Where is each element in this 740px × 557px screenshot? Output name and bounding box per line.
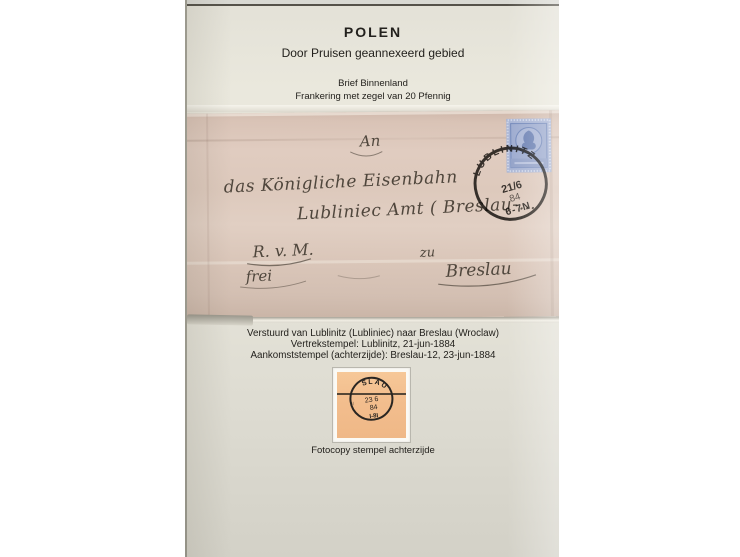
photocopy-caption: Fotocopy stempel achterzijde xyxy=(187,445,559,456)
photocopy-paper: SLAU III 23 6 84 I-8I xyxy=(337,372,406,438)
item-type-line: Brief Binnenland xyxy=(187,78,559,89)
page-top-edge-line xyxy=(187,4,559,6)
handwriting-destination-prefix: zu xyxy=(419,245,436,261)
corner-mount xyxy=(187,314,253,325)
arrival-postmark-year: 84 xyxy=(369,404,378,412)
handwriting-destination: Breslau xyxy=(444,259,512,282)
franking-line: Frankering met zegel van 20 Pfennig xyxy=(187,91,559,102)
handwriting-salutation: An xyxy=(357,132,380,151)
photocopy-backside-postmark: SLAU III 23 6 84 I-8I xyxy=(332,367,411,443)
arrival-postmark-time: I-8I xyxy=(369,413,379,420)
handwriting-initials: R. v. M. xyxy=(251,240,314,262)
page-title: POLEN xyxy=(187,24,559,40)
arrival-postmark-left-marks: III xyxy=(350,401,355,408)
handwriting-franking-note: frei xyxy=(244,267,272,286)
arrival-postmark: SLAU III 23 6 84 I-8I xyxy=(337,372,406,438)
photo-of-album-page: POLEN Door Pruisen geannexeerd gebied Br… xyxy=(0,0,740,557)
album-page: POLEN Door Pruisen geannexeerd gebied Br… xyxy=(185,0,559,557)
description-line-3: Aankomststempel (achterzijde): Breslau-1… xyxy=(187,351,559,362)
description-block: Verstuurd van Lublinitz (Lubliniec) naar… xyxy=(187,329,559,361)
page-subtitle: Door Pruisen geannexeerd gebied xyxy=(187,46,559,60)
postal-cover: An das Königliche Eisenbahn Lubliniec Am… xyxy=(185,110,559,320)
description-line-2: Vertrekstempel: Lublinitz, 21-jun-1884 xyxy=(187,340,559,351)
handwriting-address-line1: das Königliche Eisenbahn xyxy=(223,167,458,197)
